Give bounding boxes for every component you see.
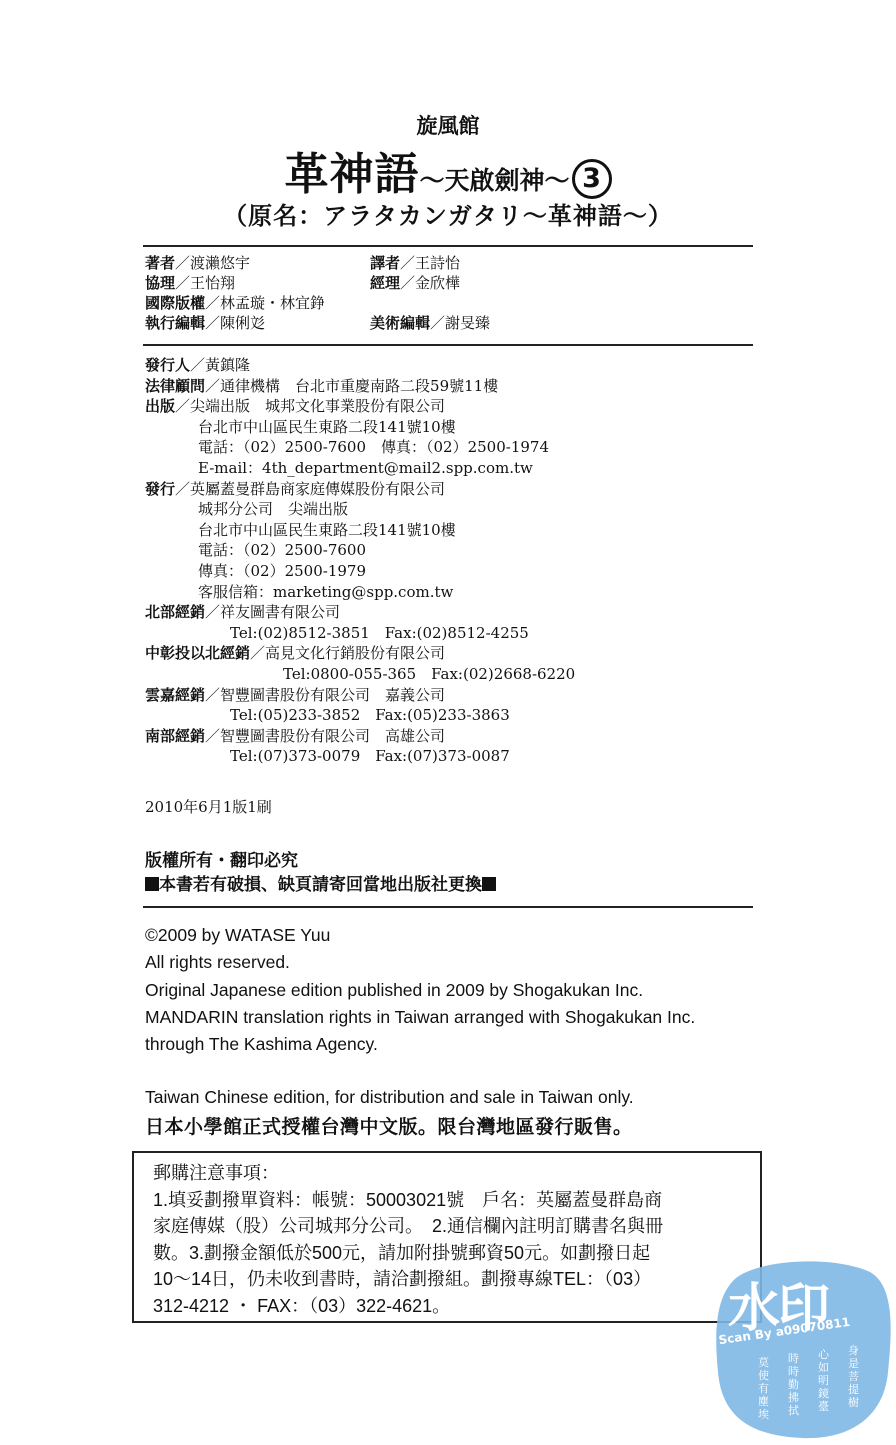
black-square-icon [145,877,159,891]
separator: ／ [205,314,220,332]
value: 通律機構 台北市重慶南路二段59號11樓 [220,377,498,395]
staff-label: 譯者 [370,254,400,272]
staff-value: 渡瀨悠宇 [190,254,250,272]
black-square-icon [482,877,496,891]
separator: ／ [205,294,220,312]
divider-rule [143,344,753,346]
label: 發行 [145,480,175,498]
regional-distributor-row: 北部經銷／祥友圖書有限公司 [145,602,745,623]
english-copyright: ©2009 by WATASE Yuu All rights reserved.… [145,922,695,1058]
issuer-row: 發行人／黃鎮隆 [145,355,745,376]
label: 北部經銷 [145,603,205,621]
value: 智豐圖書股份有限公司 嘉義公司 [220,686,445,704]
value: 黃鎮隆 [205,356,250,374]
publisher-phone: 電話：（02）2500-7600 傳真：（02）2500-1974 [145,437,745,458]
publisher-email: E-mail：4th_department@mail2.spp.com.tw [145,458,745,479]
copyright-line: through The Kashima Agency. [145,1031,695,1058]
defect-return-text: 本書若有破損、缺頁請寄回當地出版社更換 [159,875,482,895]
taiwan-edition-chinese: 日本小學館正式授權台灣中文版。限台灣地區發行販售。 [145,1112,633,1139]
label: 南部經銷 [145,727,205,745]
distributor-line: 城邦分公司 尖端出版 [145,499,745,520]
print-date: 2010年6月1版1刷 [145,796,272,817]
notice-line: 數。3.劃撥金額低於500元，請加附掛號郵資50元。如劃撥日起 [153,1240,753,1267]
original-title: （原名：アラタカンガタリ～革神語～） [0,196,896,231]
label: 發行人 [145,356,190,374]
value: 祥友圖書有限公司 [220,603,340,621]
regional-distributor-row: 中彰投以北經銷／高見文化行銷股份有限公司 [145,643,745,664]
watermark-poem-column: 身是菩提樹 [848,1344,860,1409]
publishing-info: 發行人／黃鎮隆 法律顧問／通律機構 台北市重慶南路二段59號11樓 出版／尖端出… [145,355,745,767]
staff-value: 王詩怡 [415,254,460,272]
regional-contact: Tel:(02)8512-3851 Fax:(02)8512-4255 [145,623,745,644]
separator: ／ [175,274,190,292]
publisher-row: 出版／尖端出版 城邦文化事業股份有限公司 [145,396,745,417]
separator: ／ [400,274,415,292]
divider-rule [143,245,753,247]
staff-label: 執行編輯 [145,314,205,332]
mail-order-notice: 郵購注意事項： 1.填妥劃撥單資料：帳號：50003021號 戶名：英屬蓋曼群島… [153,1160,753,1319]
staff-value: 謝旻臻 [445,314,490,332]
watermark-poem-column: 心如明鏡臺 [818,1348,830,1413]
separator: ／ [430,314,445,332]
staff-label: 國際版權 [145,294,205,312]
staff-row: 協理／王怡翔 [145,273,235,293]
staff-value: 金欣樺 [415,274,460,292]
divider-rule [143,906,753,908]
watermark-poem-column: 莫使有塵埃 [758,1356,770,1421]
distributor-line: 客服信箱：marketing@spp.com.tw [145,582,745,603]
copyright-line: MANDARIN translation rights in Taiwan ar… [145,1004,695,1031]
title-main: 革神語 [284,149,419,200]
staff-row: 譯者／王詩怡 [370,253,460,273]
staff-row: 國際版權／林孟璇・林宜錚 [145,293,325,313]
staff-label: 協理 [145,274,175,292]
notice-line: 312-4212 ・ FAX：（03）322-4621。 [153,1293,753,1320]
publisher-imprint: 旋風館 [0,110,896,140]
distributor-line: 台北市中山區民生東路二段141號10樓 [145,520,745,541]
title-subtitle: ～天啟劍神～ [419,166,569,195]
label: 法律顧問 [145,377,205,395]
rights-notice: 版權所有・翻印必究 [145,846,298,871]
regional-distributor-row: 南部經銷／智豐圖書股份有限公司 高雄公司 [145,726,745,747]
notice-line: 1.填妥劃撥單資料：帳號：50003021號 戶名：英屬蓋曼群島商 [153,1187,753,1214]
staff-row: 美術編輯／謝旻臻 [370,313,490,333]
distributor-row: 發行／英屬蓋曼群島商家庭傳媒股份有限公司 [145,479,745,500]
label: 雲嘉經銷 [145,686,205,704]
regional-contact: Tel:0800-055-365 Fax:(02)2668-6220 [145,664,745,685]
volume-number-badge: 3 [572,159,612,199]
book-title: 革神語～天啟劍神～3 [0,138,896,202]
regional-distributor-row: 雲嘉經銷／智豐圖書股份有限公司 嘉義公司 [145,685,745,706]
staff-row: 經理／金欣樺 [370,273,460,293]
watermark-poem-column: 時時勤拂拭 [788,1352,800,1417]
label: 中彰投以北經銷 [145,644,250,662]
separator: ／ [175,254,190,272]
value: 英屬蓋曼群島商家庭傳媒股份有限公司 [190,480,445,498]
copyright-line: All rights reserved. [145,949,695,976]
value: 尖端出版 城邦文化事業股份有限公司 [190,397,445,415]
staff-row: 著者／渡瀨悠宇 [145,253,250,273]
notice-line: 家庭傳媒（股）公司城邦分公司。 2.通信欄內註明訂購書名與冊 [153,1213,753,1240]
staff-label: 經理 [370,274,400,292]
regional-contact: Tel:(07)373-0079 Fax:(07)373-0087 [145,746,745,767]
regional-contact: Tel:(05)233-3852 Fax:(05)233-3863 [145,705,745,726]
publisher-address: 台北市中山區民生東路二段141號10樓 [145,417,745,438]
scanner-watermark: 水印 Scan By a09070811 身是菩提樹 心如明鏡臺 時時勤拂拭 莫… [710,1252,895,1442]
defect-return-notice: 本書若有破損、缺頁請寄回當地出版社更換 [145,870,496,895]
label: 出版 [145,397,175,415]
staff-label: 美術編輯 [370,314,430,332]
staff-label: 著者 [145,254,175,272]
notice-title: 郵購注意事項： [153,1160,753,1187]
copyright-line: ©2009 by WATASE Yuu [145,922,695,949]
staff-value: 陳俐彣 [220,314,265,332]
staff-value: 林孟璇・林宜錚 [220,294,325,312]
distributor-line: 傳真：（02）2500-1979 [145,561,745,582]
staff-row: 執行編輯／陳俐彣 [145,313,265,333]
legal-row: 法律顧問／通律機構 台北市重慶南路二段59號11樓 [145,376,745,397]
staff-value: 王怡翔 [190,274,235,292]
notice-line: 10～14日，仍未收到書時，請洽劃撥組。劃撥專線TEL：（03） [153,1266,753,1293]
separator: ／ [400,254,415,272]
value: 高見文化行銷股份有限公司 [265,644,445,662]
value: 智豐圖書股份有限公司 高雄公司 [220,727,445,745]
distributor-line: 電話：（02）2500-7600 [145,540,745,561]
copyright-line: Original Japanese edition published in 2… [145,977,695,1004]
taiwan-edition-english: Taiwan Chinese edition, for distribution… [145,1087,634,1108]
